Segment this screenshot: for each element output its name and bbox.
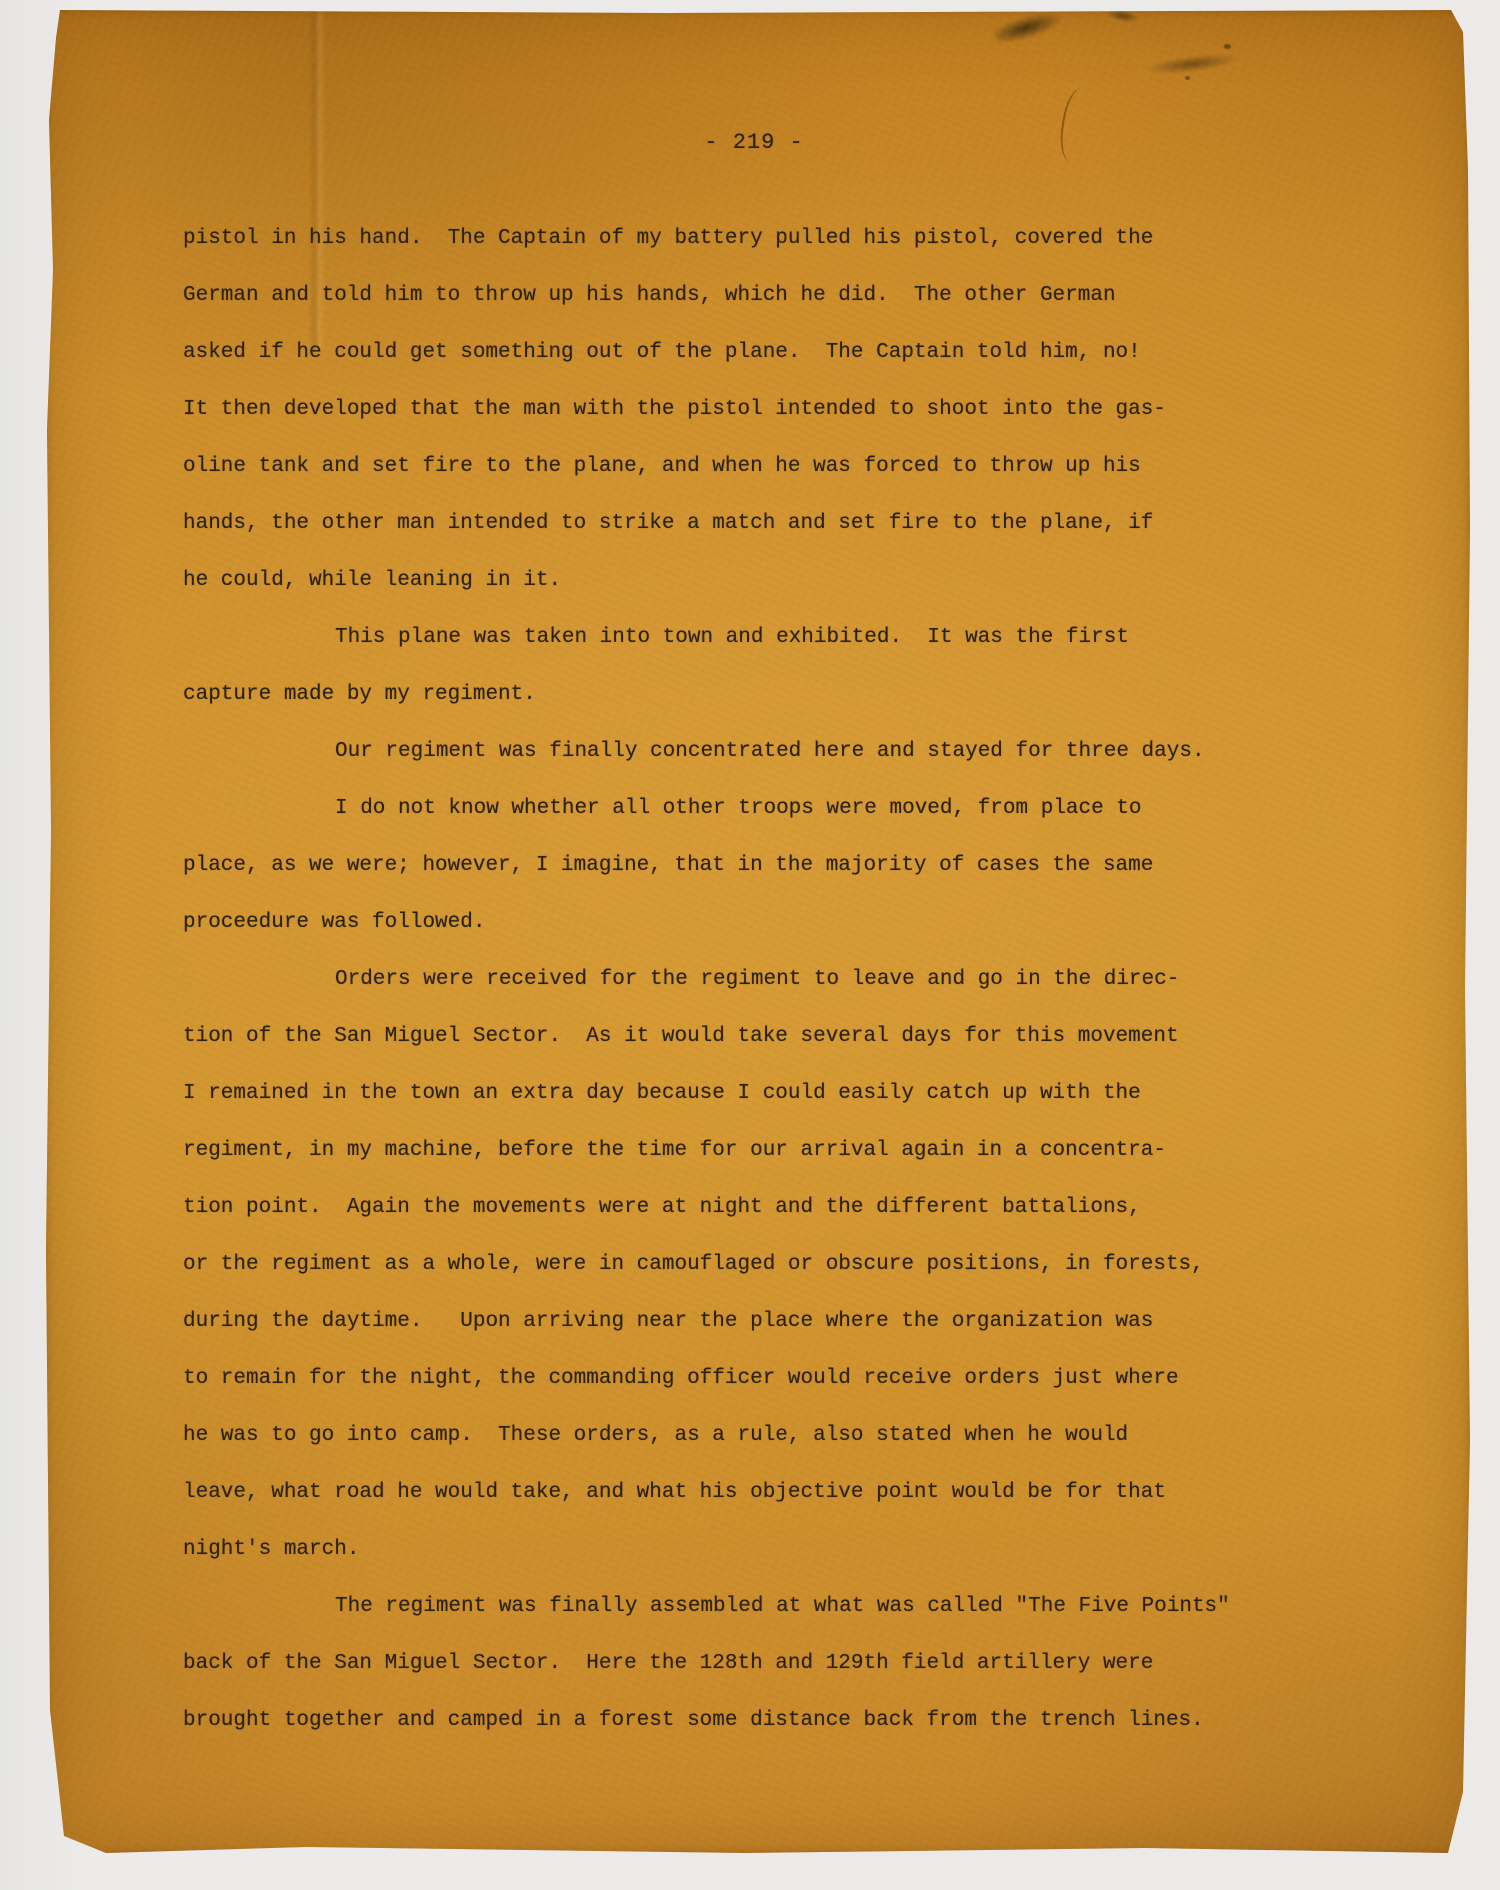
scanned-document: - 219 - pistol in his hand. The Captain … [0,0,1500,1890]
typed-line: Orders were received for the regiment to… [183,951,1263,1008]
typed-line: proceedure was followed. [183,894,1263,951]
typed-line: leave, what road he would take, and what… [183,1464,1263,1521]
typed-line: German and told him to throw up his hand… [183,267,1263,324]
typed-line: brought together and camped in a forest … [183,1692,1263,1749]
typed-line: place, as we were; however, I imagine, t… [183,837,1263,894]
typed-line: to remain for the night, the commanding … [183,1350,1263,1407]
typed-line: tion of the San Miguel Sector. As it wou… [183,1008,1263,1065]
ink-speck [1185,76,1190,80]
pen-mark [1056,86,1095,163]
typed-line: hands, the other man intended to strike … [183,495,1263,552]
typed-line: This plane was taken into town and exhib… [183,609,1263,666]
typed-line: Our regiment was finally concentrated he… [183,723,1263,780]
typed-line: during the daytime. Upon arriving near t… [183,1293,1263,1350]
ink-smudge [1143,50,1240,78]
typed-line: he could, while leaning in it. [183,552,1263,609]
typed-line: regiment, in my machine, before the time… [183,1122,1263,1179]
typed-line: I remained in the town an extra day beca… [183,1065,1263,1122]
typed-line: or the regiment as a whole, were in camo… [183,1236,1263,1293]
typed-line: night's march. [183,1521,1263,1578]
typed-line: he was to go into camp. These orders, as… [183,1407,1263,1464]
typed-line: pistol in his hand. The Captain of my ba… [183,210,1263,267]
typed-line: back of the San Miguel Sector. Here the … [183,1635,1263,1692]
page-number: - 219 - [704,130,803,155]
typed-line: oline tank and set fire to the plane, an… [183,438,1263,495]
typed-line: tion point. Again the movements were at … [183,1179,1263,1236]
typed-line: capture made by my regiment. [183,666,1263,723]
ink-speck [1224,44,1231,49]
typed-line: The regiment was finally assembled at wh… [183,1578,1263,1635]
typed-line: It then developed that the man with the … [183,381,1263,438]
typed-lines: pistol in his hand. The Captain of my ba… [183,210,1263,1749]
typed-line: I do not know whether all other troops w… [183,780,1263,837]
ink-smudge [992,7,1065,47]
typed-line: asked if he could get something out of t… [183,324,1263,381]
paper-sheet: - 219 - pistol in his hand. The Captain … [46,10,1470,1853]
ink-smudge [1105,7,1141,25]
